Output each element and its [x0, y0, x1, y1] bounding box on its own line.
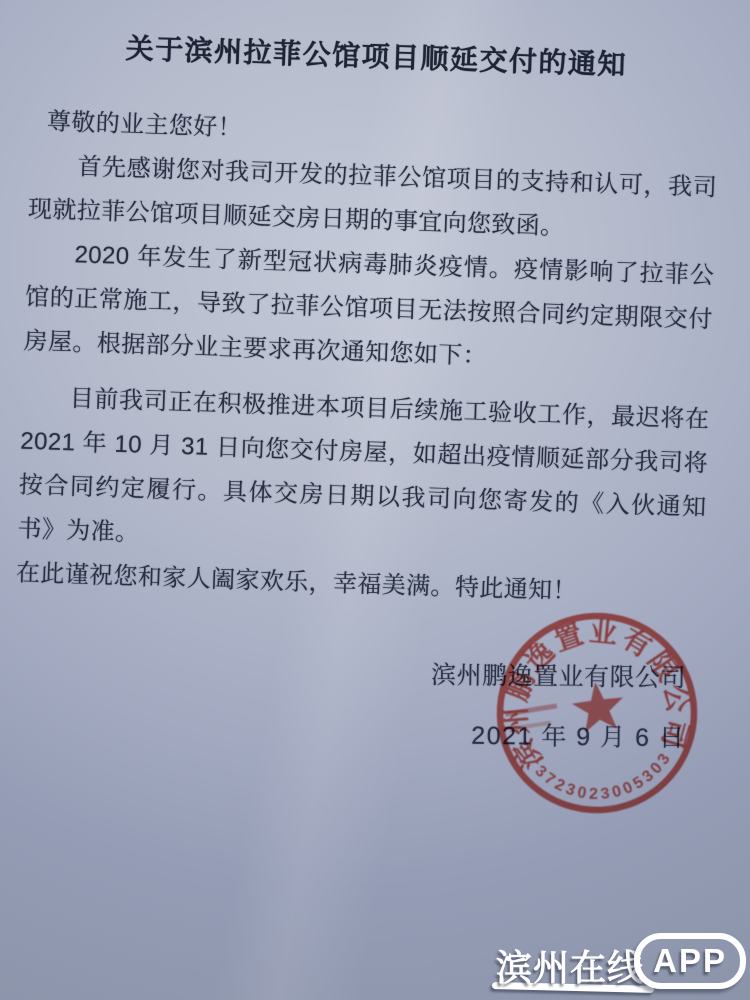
company-seal: 滨州鹏逸置业有限公司 3723023005303: [480, 596, 714, 830]
watermark-app-badge: APP: [634, 933, 746, 989]
paragraph-2: 2020 年发生了新型冠状病毒肺炎疫情。疫情影响了拉菲公馆的正常施工，导致了拉菲…: [23, 232, 715, 387]
notice-photo: 关于滨州拉菲公馆项目顺延交付的通知 尊敬的业主您好！ 首先感谢您对我司开发的拉菲…: [0, 0, 750, 1000]
seal-star-icon: [570, 679, 627, 734]
notice-title: 关于滨州拉菲公馆项目顺延交付的通知: [33, 26, 720, 89]
watermark-logo: 滨州在线 APP: [492, 932, 748, 994]
watermark-site-name: 滨州在线: [496, 940, 644, 991]
notice-body: 尊敬的业主您好！ 首先感谢您对我司开发的拉菲公馆项目的支持和认可，我司现就拉菲公…: [15, 100, 719, 619]
paragraph-3: 目前我司正在积极推进本项目后续施工验收工作，最迟将在 2021 年 10 月 3…: [17, 376, 710, 575]
